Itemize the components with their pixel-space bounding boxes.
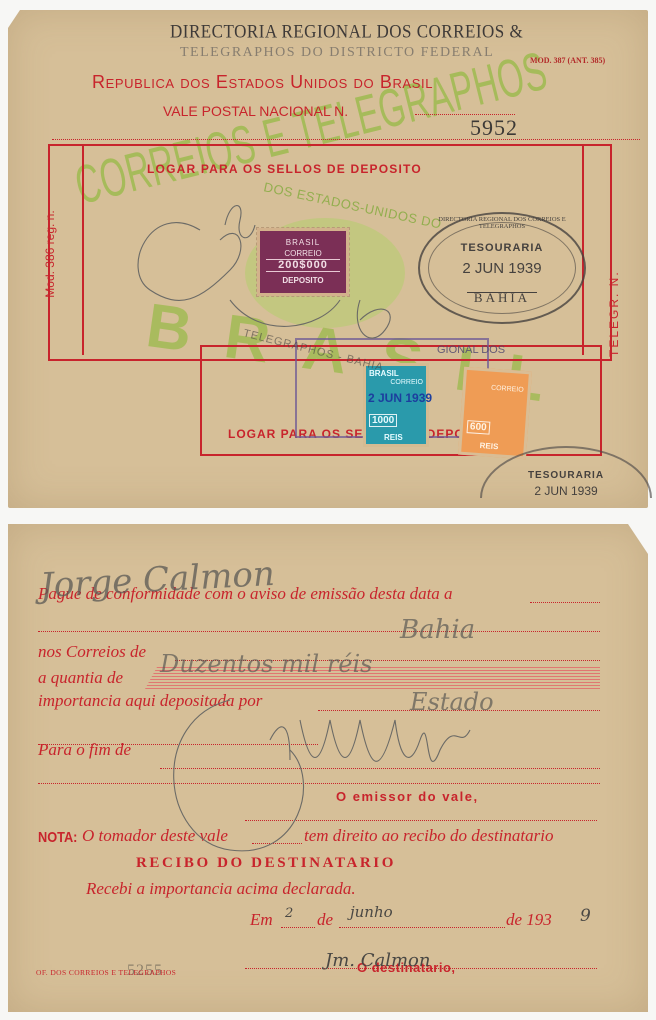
pencil-signature-back (0, 520, 656, 1020)
pencil-annotations-front (0, 0, 656, 510)
